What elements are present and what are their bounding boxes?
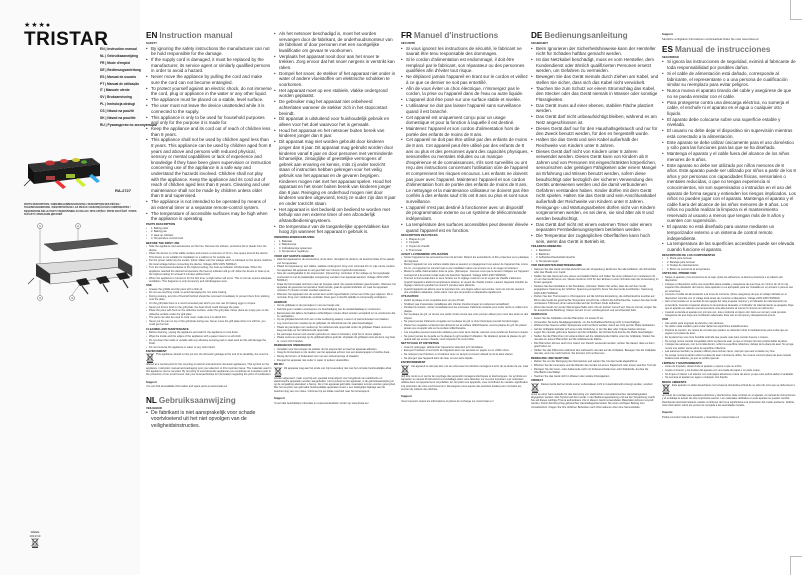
safety-item: El aparato debe colocarse sobre una supe…	[662, 117, 796, 128]
safety-item: Dieses Gerät darf nicht von Kindern unte…	[531, 149, 659, 222]
safety-item: The user must not leave the device unatt…	[146, 103, 272, 114]
safety-item: If the supply cord is damaged, it must b…	[146, 57, 272, 74]
support-text: U kunt alle beschikbare informatie en re…	[274, 402, 396, 405]
safety-item: Cet appareil est uniquement conçu pour u…	[401, 115, 529, 126]
crop-mark-bottom-right	[790, 556, 802, 575]
safety-list: By ignoring the safety instructions the …	[146, 46, 272, 222]
first-use-item: Nehmen Sie das Gerät und das Zubehör aus…	[531, 268, 659, 275]
safety-item: Tauchen Sie zum Schutz vor einem Stromsc…	[531, 86, 659, 103]
safety-item: Beim Ignorieren der Sicherheitshinweise …	[531, 46, 659, 57]
first-use-item: When the appliance is turned on for the …	[146, 277, 272, 284]
first-use-item: Drehen Sie den Thermostat im Uhrzeigersi…	[531, 295, 659, 305]
safety-item: Bewegen Sie das Gerät niemals durch Zieh…	[531, 74, 659, 85]
use-item: Die Pfännchen können auch zum Garen von …	[531, 342, 659, 349]
use-item: Plaats de pannetjes met voedsel op het r…	[274, 326, 396, 333]
safety-item: Si ignora las instrucciones de seguridad…	[662, 59, 796, 70]
safety-item: To protect yourself against an electric …	[146, 86, 272, 97]
use-item: Pendant la cuisson, retirez immédiatemen…	[401, 306, 529, 313]
section-title-es: ESManual de instrucciones	[662, 45, 796, 55]
first-use-item: Stecken Sie das Netzkabel in die Steckdo…	[531, 285, 659, 295]
use-item: Plaats nooit een pannetje op de grillpla…	[274, 336, 396, 343]
language-item: EN | Instruction manual	[100, 46, 142, 53]
cleaning-list: Avant le nettoyage, débranchez l'apparei…	[401, 346, 529, 360]
use-item: Sur la plaque du gril, se trouve une par…	[401, 313, 529, 320]
safety-item: El usuario no debe dejar el dispositivo …	[662, 128, 796, 139]
safety-item: Ne déplacez jamais l'appareil en tirant …	[401, 74, 529, 85]
column-de: DEBedienungsanleitung SICHERHEIT Beim Ig…	[531, 31, 659, 409]
parts-list: 1. Backblech 2. Backform 3. Aufheizleuch…	[531, 249, 659, 263]
safety-item: Si le cordon d'alimentation est endommag…	[401, 57, 529, 74]
language-item: IT | Manuale utente	[100, 87, 142, 94]
cleaning-item: Dompel het apparaat niet onder in water …	[274, 359, 396, 362]
language-item: ES | Manual de usuario	[100, 74, 142, 81]
environment-text: Este aparato no debe desecharse con la b…	[662, 384, 796, 407]
safety-item: Afin de vous éviter un choc électrique, …	[401, 86, 529, 97]
first-use-item: Haal het apparaat en de accessoires uit …	[274, 258, 396, 265]
first-use-item: Take the appliance and accessories out t…	[146, 245, 272, 252]
first-use-item: Wanneer het apparaat voor de eerste keer…	[274, 293, 396, 300]
safety-item: Het apparaat is niet bedoeld om bediend …	[274, 207, 396, 224]
first-use-item: Quand l'appareil est allumé pour la prem…	[401, 288, 529, 295]
safety-item: Este aparato se debe utilizar únicamente…	[662, 140, 796, 151]
safety-item: L'appareil n'est pas destiné à fonctionn…	[401, 205, 529, 222]
safety-item: Als het netsnoer beschadigd is, moet het…	[274, 31, 396, 53]
cleaning-list: Antes de limpiarlo, desenchufe el aparat…	[662, 365, 796, 379]
safety-item: Nunca mueva el aparato tirando del cable…	[662, 88, 796, 99]
safety-item: Cet appareil ne doit pas être utilisé pa…	[401, 137, 529, 204]
section-title-nl: NLGebruiksaanwijzing	[146, 396, 272, 406]
use-list: Fetten Sie die Grillplatte und die Pfänn…	[531, 317, 659, 356]
first-use-item: Tournez le thermostat dans le sens horai…	[401, 277, 529, 287]
svg-text:2: 2	[77, 224, 79, 228]
use-item: No ponga nunca la sartén sobre la placa …	[662, 354, 796, 361]
parts-item: 4. Thermostat	[401, 249, 529, 252]
column-nl: Als het netsnoer beschadigd is, moet het…	[274, 31, 396, 405]
crossed-bin-icon	[274, 367, 282, 377]
model-number: RA-2727	[115, 188, 131, 193]
safety-list: Als het netsnoer beschadigd is, moet het…	[274, 31, 396, 235]
language-item: NL | Gebruiksaanwijzing	[100, 53, 142, 60]
safety-item: De temperatuur van de toegankelijke oppe…	[274, 224, 396, 235]
language-item: PT | Manual de utilização	[100, 81, 142, 88]
safety-item: Maintenez l'appareil et son cordon d'ali…	[401, 126, 529, 137]
first-use-item: Place the device on a flat stable surfac…	[146, 252, 272, 259]
safety-item: Dit apparaat is uitsluitend voor huishou…	[274, 116, 396, 127]
language-item: SK | Návod na použitie	[100, 115, 142, 122]
parts-list: 1. Baking plate 2. Baking pan 3. Heat up…	[146, 227, 272, 241]
cleaning-item: Ne plongez pas l'appareil dans de l'eau …	[401, 357, 529, 360]
safety-item: Halten Sie das Gerät und sein Kabel auße…	[531, 137, 659, 148]
safety-item: La température des surfaces accessibles …	[401, 222, 529, 233]
parts-description-caption: PARTS DESCRIPTION / ONDERDELENBESCHRIJVI…	[24, 203, 140, 217]
safety-item: El aparato no está diseñado para usarse …	[662, 224, 796, 241]
support-text: Podrá encontrar toda la información y re…	[662, 416, 796, 419]
use-item: Stellen Sie das Pfännchen während des Ge…	[531, 349, 659, 356]
safety-item: Si el cable de alimentación está dañado,…	[662, 71, 796, 88]
support-text: You can find all available information a…	[146, 385, 272, 388]
cleaning-list: Before cleaning, unplug the appliance an…	[146, 331, 272, 349]
cleaning-item: No sumerja el aparato en agua o cualquie…	[662, 376, 796, 379]
cleaning-item: Do not clean the inside or outside with …	[146, 339, 272, 346]
crop-mark-top-right	[790, 0, 802, 20]
safety-list: De fabrikant is niet aansprakelijk voor …	[146, 410, 272, 429]
parts-item: 4. Temperaturregler	[531, 260, 659, 263]
weee-notice: WEEE 2012/19	[25, 530, 45, 549]
first-use-item: Conecte el cable de alimentación a la to…	[662, 293, 796, 300]
crossed-bin-icon	[662, 384, 670, 394]
language-list: EN | Instruction manual NL | Gebruiksaan…	[100, 46, 142, 129]
safety-item: By ignoring the safety instructions the …	[146, 46, 272, 57]
safety-item: This appliance shall not be used by chil…	[146, 137, 272, 199]
environment-text: Dit apparaat mag aan het einde van zijn …	[274, 367, 396, 393]
safety-item: Never move the appliance by pulling the …	[146, 74, 272, 85]
cleaning-item: Reinigen Sie die Innen- oder Außenseite …	[531, 368, 659, 375]
first-use-list: Nehmen Sie das Gerät und das Zubehör aus…	[531, 268, 659, 313]
column-fr: FRManuel d'instructions SÉCURITÉ Si vous…	[401, 31, 529, 403]
parts-item: 4. Temperature control knob	[146, 237, 272, 240]
parts-item: 4. Botón de control de la temperatura	[662, 268, 796, 271]
environment-text: Dieses Gerät darf am Ende seiner Lebensd…	[531, 383, 659, 409]
safety-item: Dompel het snoer, de stekker of het appa…	[274, 71, 396, 88]
use-item: Durante la cocción, los restos de comida…	[662, 329, 796, 336]
first-use-item: Stop de voedingskabel in het stopcontact…	[274, 272, 396, 282]
safety-item: The temperature of accessible surfaces m…	[146, 211, 272, 222]
safety-item: Das Gerät darf nicht unbeaufsichtigt ble…	[531, 114, 659, 125]
first-use-item: Gire el termostato en el sentido de las …	[662, 300, 796, 310]
use-item: Placez les coupelles contenant des alime…	[401, 324, 529, 331]
use-item: Ne posez jamais la coupelle sur la plaqu…	[401, 335, 529, 342]
parts-list: 1. Plaque du gril 2. Coupelle 3. Voyant …	[401, 238, 529, 252]
parts-item: 4. Temperatuur regelknop	[274, 250, 396, 253]
safety-item: The appliance must be placed on a stable…	[146, 97, 272, 103]
first-use-list: Sortez l'appareil et les accessoires hor…	[401, 256, 529, 294]
cover-panel: ★★★● TRISTAR EN | Instruction manual NL …	[0, 0, 140, 575]
safety-item: Die Temperatur der zugänglichen Oberfläc…	[531, 233, 659, 244]
use-list: Huilez la plaque et les coupelles avec u…	[401, 299, 529, 341]
use-list: Use aceite para engrasar la plancha y la…	[662, 322, 796, 361]
manual-spread: ★★★● TRISTAR EN | Instruction manual NL …	[0, 0, 802, 575]
safety-item: Das Gerät muss auf einer ebenen, stabile…	[531, 103, 659, 114]
use-item: Never put the pan on top of the grill pl…	[146, 320, 272, 327]
safety-item: Het apparaat moet op een stabiele, vlakk…	[274, 88, 396, 99]
safety-item: Este aparato no debe ser utilizado por n…	[662, 163, 796, 225]
safety-list: Beim Ignorieren der Sicherheitshinweise …	[531, 46, 659, 245]
safety-item: Das Gerät darf nicht mit einem externen …	[531, 222, 659, 233]
safety-item: De fabrikant is niet aansprakelijk voor …	[146, 410, 272, 429]
use-list: Vet de grillplaat en de pannetjes in met…	[274, 304, 396, 343]
safety-item: L'utilisateur ne doit pas laisser l'appa…	[401, 103, 529, 114]
safety-item: Para protegerse contra una descarga eléc…	[662, 100, 796, 117]
cleaning-item: Do not immerse the appliance in water or…	[146, 346, 272, 349]
safety-item: Houd het apparaat en het netsnoer buiten…	[274, 128, 396, 139]
safety-item: Si vous ignorez les instructions de sécu…	[401, 46, 529, 57]
safety-item: This appliance is only to be used for ho…	[146, 115, 272, 126]
safety-item: Dieses Gerät darf nur für den Haushaltsg…	[531, 126, 659, 137]
environment-text: This appliance should not be put into th…	[146, 353, 272, 376]
safety-item: Verplaats het apparaat nooit door aan he…	[274, 54, 396, 71]
environment-text: Cet appareil ne doit pas être mis au reb…	[401, 365, 529, 391]
first-use-item: Wenn das Gerät zum ersten Mal eingeschal…	[531, 306, 659, 313]
first-use-list: Haal het apparaat en de accessoires uit …	[274, 258, 396, 299]
crossed-bin-icon	[401, 365, 409, 375]
use-item: During cooking, any bits of food left be…	[146, 295, 272, 302]
safety-item: The appliance is not intended to be oper…	[146, 199, 272, 210]
safety-item: De gebruiker mag het apparaat niet onbeh…	[274, 99, 396, 116]
cleaning-list: Ziehen Sie vor der Reinigung den Netzste…	[531, 360, 659, 378]
crossed-bin-icon	[31, 538, 39, 548]
safety-item: La temperatura de las superficies accesi…	[662, 241, 796, 252]
language-item: RU | Руководство по эксплуатации	[100, 122, 142, 129]
cleaning-item: Tauchen Sie das Gerät nicht in Wasser od…	[531, 375, 659, 378]
first-use-item: Plaats het apparaat op een vlakke, stabi…	[274, 265, 396, 272]
column-es: Support Sämtliche verfügbaren Informatio…	[662, 32, 796, 419]
parts-list: 1. Bakplaat 2. Bakpannetje 3. Indicatiel…	[274, 240, 396, 254]
language-item: DE | Bedienungsanleitung	[100, 67, 142, 74]
language-item: CS | Návod na použití	[100, 108, 142, 115]
first-use-item: Put the power cable into the socket. (No…	[146, 259, 272, 266]
language-item: SV | Bruksanvisning	[100, 94, 142, 101]
first-use-item: Turn the thermostat clockwise to the hig…	[146, 266, 272, 276]
section-title-de: DEBedienungsanleitung	[531, 31, 659, 41]
product-photo	[22, 150, 102, 192]
safety-list: Si ignora las instrucciones de seguridad…	[662, 59, 796, 252]
column-en: ENInstruction manual SAFETY By ignoring …	[146, 31, 272, 429]
first-use-item: Coloque el dispositivo sobre una superfi…	[662, 283, 796, 293]
parts-diagram: 1 2 3 4	[28, 218, 138, 318]
first-use-item: Cuando encienda el aparato por primera v…	[662, 311, 796, 318]
first-use-list: Take the appliance and accessories out t…	[146, 245, 272, 283]
section-title-en: ENInstruction manual	[146, 31, 272, 41]
cleaning-list: Verwijder voor het reinigen de stekker u…	[274, 348, 396, 362]
use-list: Grease the griddle and the pans with a l…	[146, 288, 272, 327]
language-item: PL | Instrukcja obsługi	[100, 101, 142, 108]
safety-item: Dit apparaat mag niet worden gebruikt do…	[274, 139, 396, 206]
use-item: Stellen Sie die Pfännchen mit Lebensmitt…	[531, 335, 659, 342]
safety-list: Si vous ignorez les instructions de sécu…	[401, 46, 529, 234]
crossed-bin-icon	[531, 383, 539, 393]
language-item: FR | Mode d'emploi	[100, 60, 142, 67]
first-use-item: Stellen Sie das Gerät auf eine ebene und…	[531, 275, 659, 285]
svg-text:1: 1	[39, 224, 41, 228]
safety-item: Ist das Netzkabel beschädigt, muss es vo…	[531, 57, 659, 74]
first-use-item: Saque el aparato y los accesorios de la …	[662, 276, 796, 283]
safety-item: Mantenga el aparato y el cable fuera del…	[662, 151, 796, 162]
parts-list: 1. Placa para hornear 2. Bandeja para ho…	[662, 257, 796, 271]
safety-item: L'appareil doit être posé sur une surfac…	[401, 97, 529, 103]
first-use-list: Saque el aparato y los accesorios de la …	[662, 276, 796, 317]
support-text: Sämtliche verfügbaren Informationen und …	[662, 38, 796, 41]
section-title-fr: FRManuel d'instructions	[401, 31, 529, 41]
weee-label: WEEE 2012/19	[25, 530, 45, 538]
svg-text:3: 3	[39, 296, 41, 300]
safety-item: Keep the appliance and its cord out of r…	[146, 126, 272, 137]
crossed-bin-icon	[146, 353, 154, 363]
first-use-item: Draai de thermostaat rechtsom naar de ho…	[274, 283, 396, 293]
support-text: Vous trouverez toutes les informations e…	[401, 400, 529, 403]
svg-text:4: 4	[71, 296, 73, 300]
